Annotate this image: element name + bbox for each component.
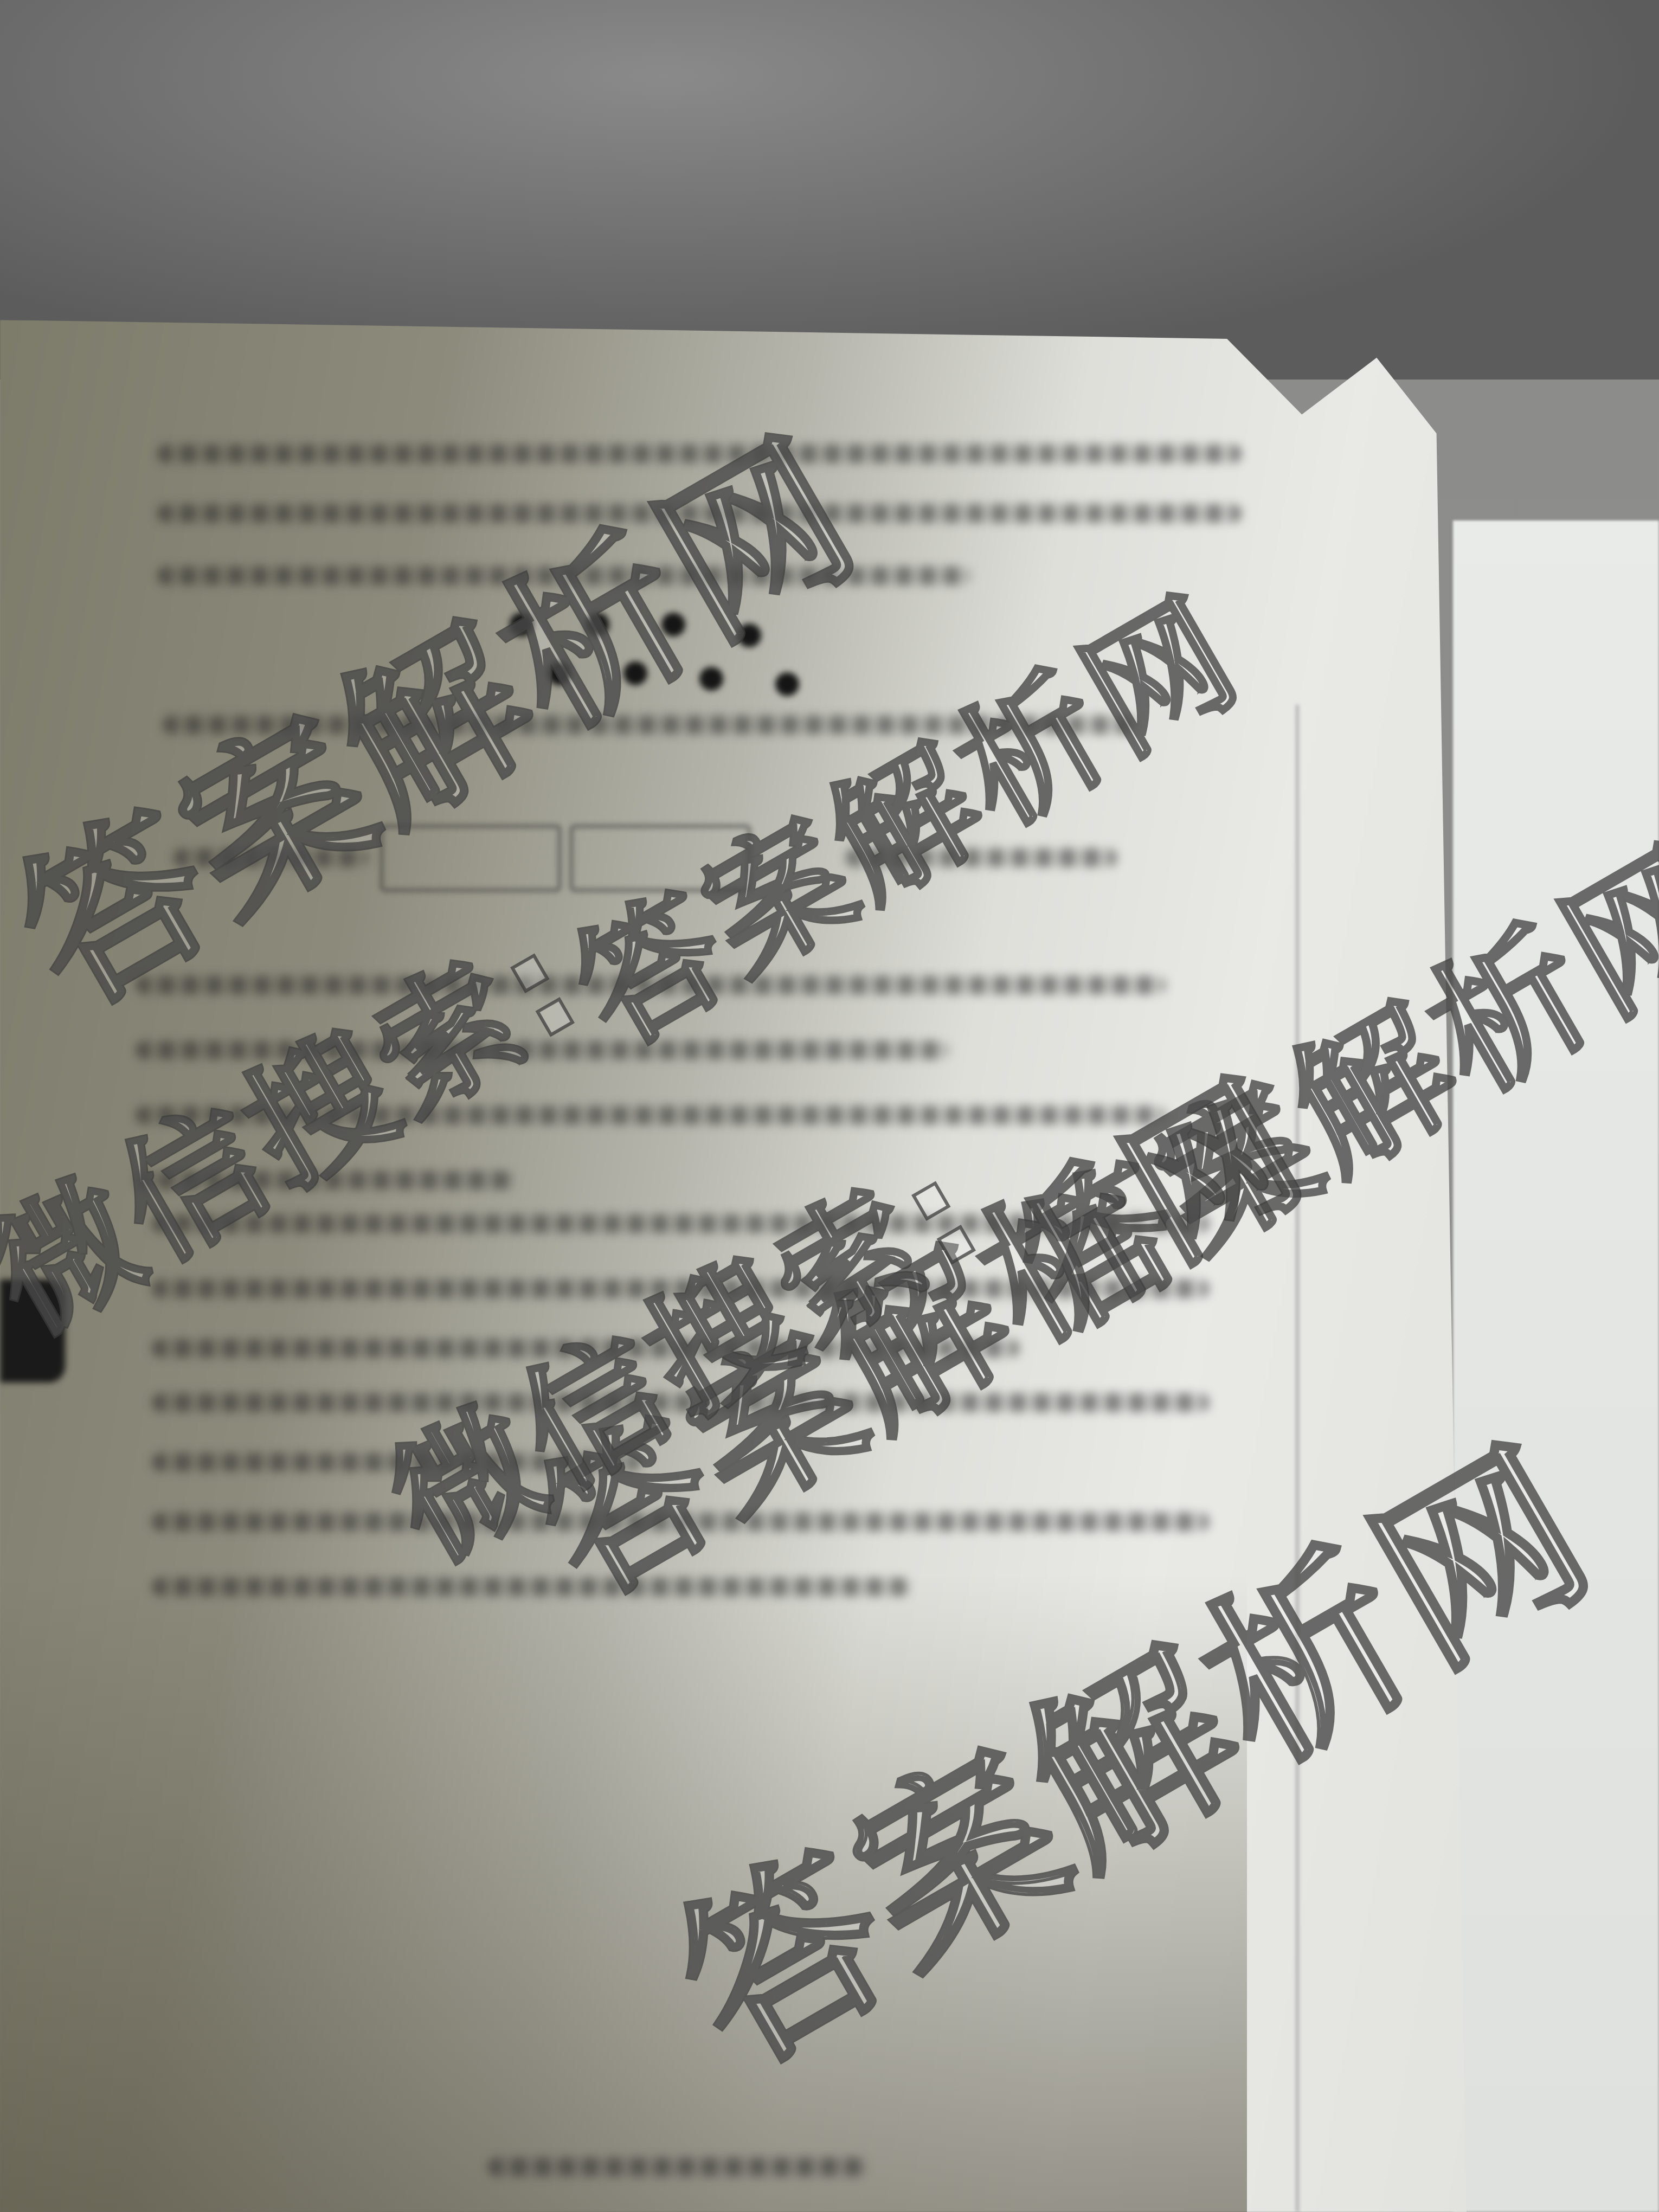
desk-background bbox=[0, 0, 1659, 380]
paper-fold-line bbox=[1296, 705, 1299, 2212]
footer-text-line bbox=[488, 2158, 867, 2176]
second-paper-sheet bbox=[1453, 520, 1659, 2212]
atom-dot bbox=[775, 672, 799, 696]
text-line bbox=[152, 1578, 911, 1596]
